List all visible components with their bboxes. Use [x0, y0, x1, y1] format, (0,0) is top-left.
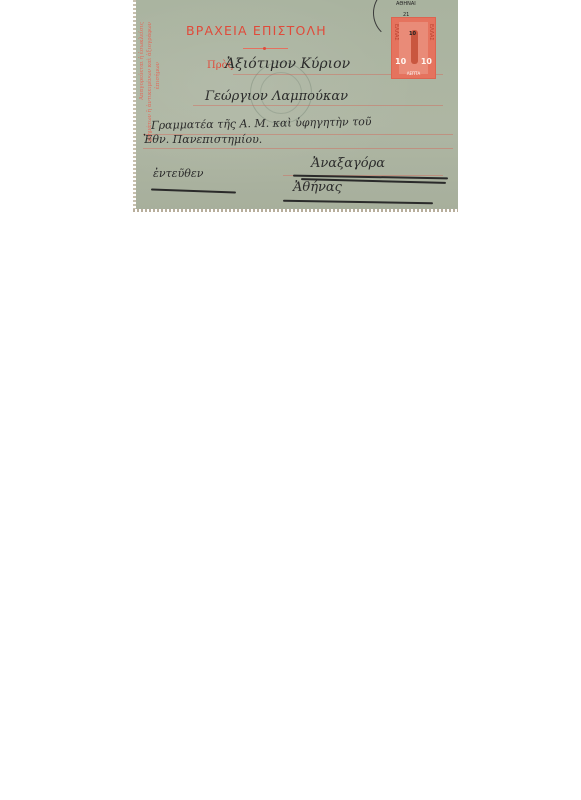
handwritten-line-title: Γραμματέα τῆς Α. Μ. καὶ ὑφηγητὴν τοῦ [151, 115, 372, 132]
stamp-value-left: 10 [395, 57, 406, 66]
address-rule [193, 105, 443, 106]
postmark-town: ΑΘΗΝΑΙ [396, 1, 416, 7]
printed-title: ΒΡΑΧΕΙΑ ΕΠΙΣΤΟΛΗ [186, 23, 327, 38]
postmark-day: 21 [403, 12, 409, 18]
postmark-year: 10 [409, 31, 416, 37]
side-notice-line-1: Απαγορεύεται ἡ ἐσωκλείσις [139, 22, 145, 100]
address-rule [143, 148, 453, 149]
handwritten-line-city: Ἀθήνας [293, 180, 342, 195]
ink-underline [283, 200, 433, 204]
handwritten-line-institution: Ἐθν. Πανεπιστημίου. [143, 133, 262, 146]
handwritten-line-name: Γεώργιον Λαμπούκαν [205, 89, 348, 104]
side-notice-line-3: ἐπισήμων [155, 62, 161, 89]
handwritten-sender-note: ἐντεῦθεν [153, 167, 203, 180]
stamp-value-right: 10 [421, 57, 432, 66]
handwritten-line-salutation: Ἀξιότιμον Κύριον [225, 56, 350, 72]
handwritten-line-street: Ἀναξαγόρα [311, 156, 385, 171]
stamp-denomination: ΛΕΠΤΑ [396, 71, 431, 76]
title-divider [243, 48, 288, 49]
stamp-country-right: ΕΛΛΑΣ [428, 24, 434, 41]
perforated-edge [133, 0, 136, 210]
